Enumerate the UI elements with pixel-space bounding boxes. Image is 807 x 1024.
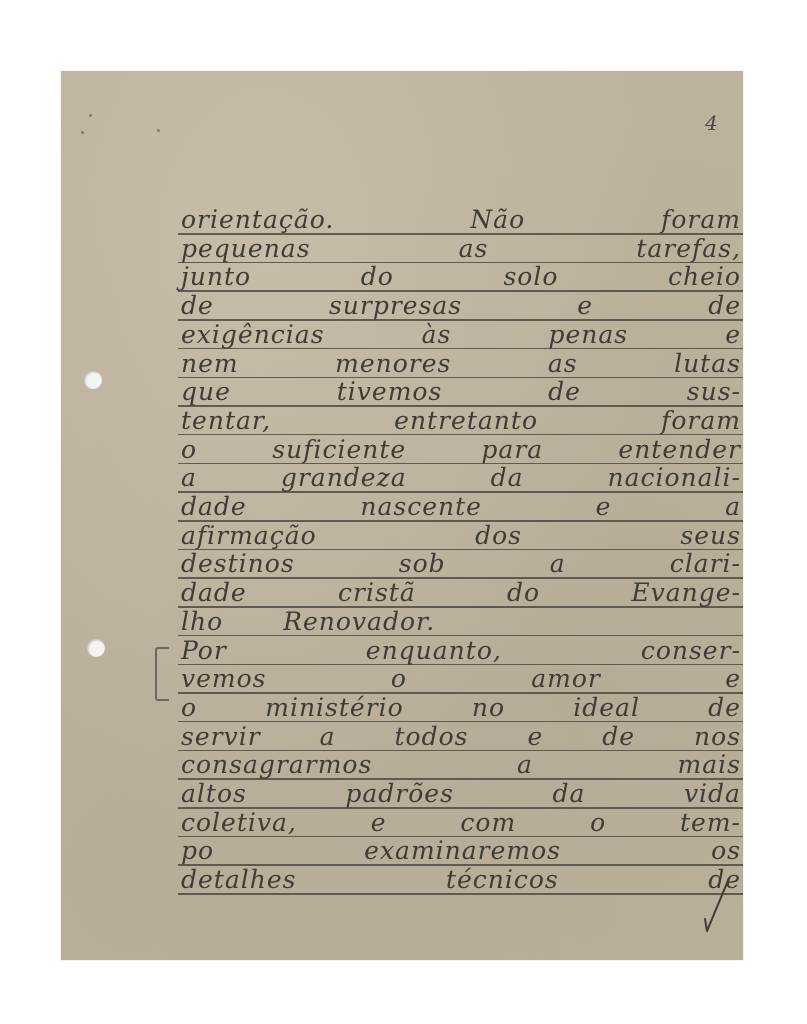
- handwritten-word: po: [181, 836, 214, 865]
- handwritten-word: às: [422, 320, 452, 349]
- handwritten-word: entender: [618, 435, 741, 464]
- handwritten-word: e: [725, 664, 741, 693]
- handwritten-word: amor: [531, 664, 601, 693]
- handwritten-word: nacionali-: [607, 463, 741, 492]
- handwritten-word: sus-: [687, 377, 741, 406]
- handwritten-word: surpresas: [329, 291, 462, 320]
- handwritten-word: lho: [181, 607, 223, 636]
- handwritten-word: tentar,: [181, 406, 271, 435]
- handwritten-line: pequenasastarefas,: [181, 235, 741, 263]
- handwritten-word: o: [391, 664, 407, 693]
- handwritten-line: juntodosolocheio: [181, 263, 741, 291]
- handwritten-word: nascente: [360, 492, 482, 521]
- paper-speck: [81, 131, 84, 134]
- handwritten-word: detalhes: [181, 865, 296, 894]
- handwritten-line: coletiva,ecomotem-: [181, 809, 741, 837]
- checkmark-icon: [701, 881, 731, 937]
- handwritten-word: entretanto: [394, 406, 538, 435]
- handwritten-word: o: [181, 693, 197, 722]
- handwritten-word: nos: [694, 722, 741, 751]
- handwritten-line: exigênciasàspenase: [181, 321, 741, 349]
- handwritten-word: e: [725, 320, 741, 349]
- handwritten-word: as: [459, 234, 489, 263]
- handwritten-line: agrandezadanacionali-: [181, 464, 741, 492]
- handwritten-word: padrões: [345, 779, 454, 808]
- handwritten-word: de: [181, 291, 214, 320]
- handwritten-word: as: [548, 349, 578, 378]
- handwritten-word: de: [708, 693, 741, 722]
- handwritten-word: ministério: [265, 693, 403, 722]
- handwritten-word: os: [711, 836, 741, 865]
- handwritten-word: o: [181, 435, 197, 464]
- handwritten-line: Porenquanto,conser-: [181, 637, 741, 665]
- handwritten-line: dadecristãdoEvange-: [181, 579, 741, 607]
- handwritten-word: dade: [181, 492, 247, 521]
- handwritten-line: consagrarmosamais: [181, 751, 741, 779]
- handwritten-word: solo: [503, 262, 558, 291]
- handwritten-word: e: [371, 808, 387, 837]
- handwritten-line: afirmaçãodosseus: [181, 522, 741, 550]
- page-number: 4: [705, 111, 718, 135]
- handwritten-word: orientação.: [181, 205, 334, 234]
- handwritten-word: foram: [661, 406, 741, 435]
- handwritten-line: poexaminaremosos: [181, 837, 741, 865]
- handwritten-word: a: [181, 463, 197, 492]
- handwritten-word: ideal: [573, 693, 640, 722]
- handwritten-line: vemosoamore: [181, 665, 741, 693]
- binder-hole-top: [84, 371, 102, 389]
- handwritten-word: da: [491, 463, 524, 492]
- handwritten-line: oministérionoidealde: [181, 694, 741, 722]
- paper-speck: [157, 129, 160, 132]
- handwritten-word: destinos: [181, 549, 295, 578]
- handwritten-word: seus: [680, 521, 741, 550]
- handwritten-line: altospadrõesdavida: [181, 780, 741, 808]
- handwritten-line: desurpresasede: [181, 292, 741, 320]
- handwritten-word: no: [472, 693, 505, 722]
- handwritten-word: a: [725, 492, 741, 521]
- handwritten-word: tivemos: [337, 377, 443, 406]
- paper-speck: [89, 114, 92, 117]
- handwritten-word: grandeza: [281, 463, 407, 492]
- handwritten-word: foram: [661, 205, 741, 234]
- handwritten-word: afirmação: [181, 521, 317, 550]
- handwritten-word: para: [481, 435, 543, 464]
- handwritten-line: destinossobaclari-: [181, 550, 741, 578]
- handwritten-line: tentar,entretantoforam: [181, 407, 741, 435]
- handwritten-page: 4 orientação.Nãoforampequenasastarefas,j…: [61, 71, 743, 960]
- handwritten-word: do: [361, 262, 394, 291]
- handwritten-line: nemmenoresaslutas: [181, 350, 741, 378]
- handwritten-word: suficiente: [272, 435, 406, 464]
- handwritten-word: a: [320, 722, 336, 751]
- handwritten-word: dos: [475, 521, 522, 550]
- handwritten-word: técnicos: [446, 865, 559, 894]
- handwritten-word: nem: [181, 349, 239, 378]
- margin-bracket: [155, 647, 169, 701]
- handwritten-word: conser-: [641, 636, 741, 665]
- handwritten-word: dade: [181, 578, 247, 607]
- handwritten-word: do: [507, 578, 540, 607]
- handwritten-line: osuficienteparaentender: [181, 436, 741, 464]
- handwritten-line: dadenascenteea: [181, 493, 741, 521]
- handwritten-word: cristã: [338, 578, 416, 607]
- handwritten-word: que: [181, 377, 231, 406]
- handwritten-word: tem-: [680, 808, 741, 837]
- handwritten-word: de: [548, 377, 581, 406]
- handwritten-word: e: [527, 722, 543, 751]
- handwritten-word: de: [602, 722, 635, 751]
- handwritten-word: altos: [181, 779, 247, 808]
- handwritten-word: pequenas: [181, 234, 311, 263]
- handwritten-word: vida: [684, 779, 741, 808]
- handwritten-word: lutas: [674, 349, 741, 378]
- handwritten-line: detalhestécnicosde: [181, 866, 741, 894]
- handwritten-line: orientação.Nãoforam: [181, 206, 741, 234]
- handwritten-word: servir: [181, 722, 261, 751]
- handwritten-line: serviratodosedenos: [181, 723, 741, 751]
- handwritten-word: Por: [181, 636, 227, 665]
- handwritten-word: exigências: [181, 320, 325, 349]
- handwritten-word: tarefas,: [636, 234, 741, 263]
- handwritten-word: examinaremos: [364, 836, 561, 865]
- handwritten-word: Não: [470, 205, 525, 234]
- handwritten-word: coletiva,: [181, 808, 297, 837]
- handwritten-line: lhoRenovador.: [181, 608, 741, 636]
- handwritten-word: consagrarmos: [181, 750, 372, 779]
- handwritten-word: enquanto,: [366, 636, 502, 665]
- handwritten-word: clari-: [670, 549, 741, 578]
- handwritten-word: Renovador.: [283, 607, 435, 636]
- handwritten-word: sob: [399, 549, 446, 578]
- handwritten-word: mais: [678, 750, 741, 779]
- handwritten-word: todos: [395, 722, 469, 751]
- handwritten-word: de: [708, 291, 741, 320]
- handwritten-word: Evange-: [631, 578, 741, 607]
- handwritten-word: vemos: [181, 664, 267, 693]
- handwritten-word: da: [552, 779, 585, 808]
- binder-hole-bottom: [87, 639, 105, 657]
- handwritten-word: a: [517, 750, 533, 779]
- handwritten-line: quetivemosdesus-: [181, 378, 741, 406]
- handwritten-word: com: [460, 808, 516, 837]
- handwritten-word: e: [596, 492, 612, 521]
- handwritten-word: a: [550, 549, 566, 578]
- handwritten-word: menores: [335, 349, 451, 378]
- handwritten-word: o: [590, 808, 606, 837]
- handwritten-word: e: [577, 291, 593, 320]
- handwritten-word: cheio: [668, 262, 741, 291]
- handwritten-word: penas: [548, 320, 628, 349]
- handwritten-word: junto: [181, 262, 251, 291]
